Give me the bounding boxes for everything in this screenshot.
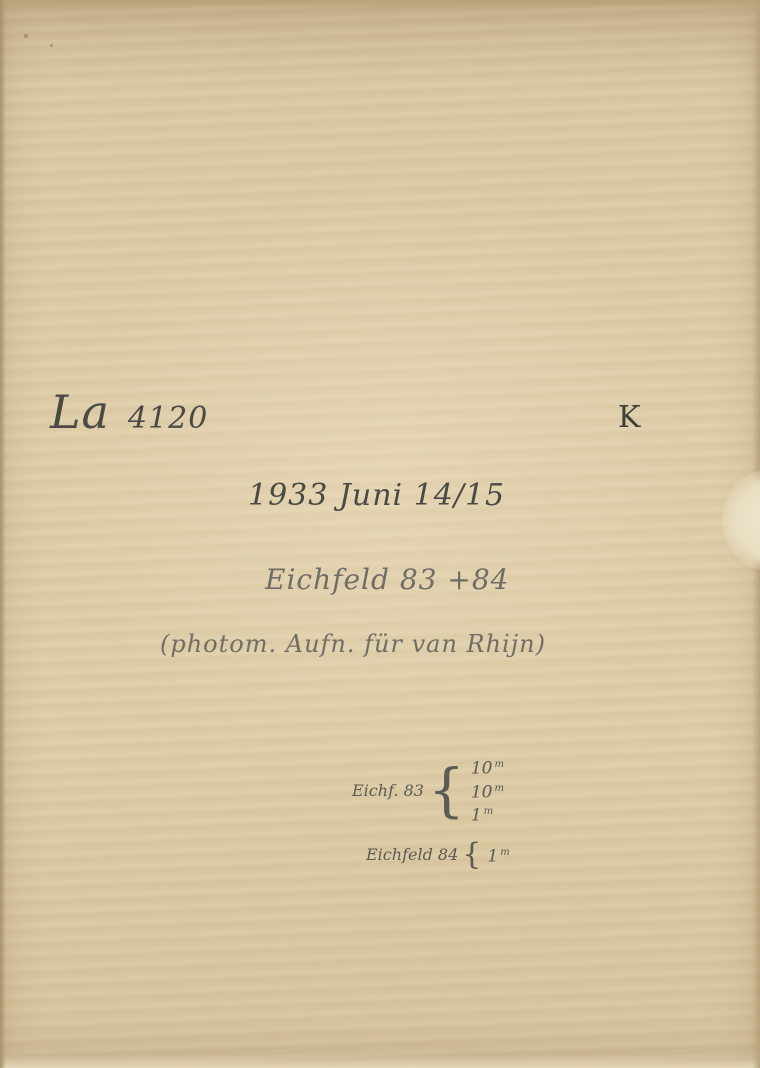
date-line: 1933 Juni 14/15 [248,478,505,513]
plate-row: Eichfeld 84 { 1m [366,840,510,870]
quantity: 10m [471,779,504,803]
plate-label: Eichfeld 84 [366,845,458,864]
plate-label: Eichf. 83 [352,781,424,800]
brace-icon: { [428,761,465,819]
envelope-sheet: La4120 K 1933 Juni 14/15 Eichfeld 83 +84… [0,0,760,1068]
paper-bottom-edge [0,1054,760,1068]
brace-icon: { [462,840,481,870]
quantity-list: 10m 10m 1m [471,755,504,826]
place-line: Eichfeld 83 +84 [265,563,509,596]
quantity: 1m [487,843,509,867]
paper-left-edge [0,0,6,1068]
paper-spot [24,34,28,38]
paper-top-edge [0,0,760,8]
plate-row: Eichf. 83 { 10m 10m 1m [352,755,510,826]
thumb-notch-cutout [722,470,760,570]
plate-list: Eichf. 83 { 10m 10m 1m Eichfeld 84 { 1m [352,755,510,870]
shelfmark: La4120 [50,385,208,439]
quantity: 1m [471,802,504,826]
note-line: (photom. Aufn. für van Rhijn) [160,630,546,658]
corner-mark: K [618,400,641,435]
quantity: 10m [471,755,504,779]
quantity-list: 1m [487,843,509,867]
paper-spot [50,44,53,47]
shelfmark-prefix: La [50,385,110,439]
shelfmark-number: 4120 [128,401,208,436]
